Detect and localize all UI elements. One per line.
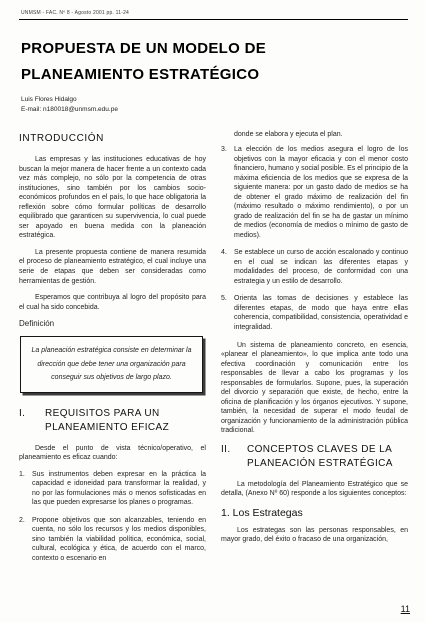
- list-item: 5. Orienta las tomas de decisiones y est…: [221, 294, 408, 332]
- intro-paragraph-2: La presente propuesta contiene de manera…: [19, 248, 206, 286]
- right-column: donde se elabora y ejecuta el plan. 3. L…: [221, 130, 408, 572]
- page-number: 11: [401, 604, 410, 614]
- left-column: INTRODUCCIÓN Las empresas y las instituc…: [19, 130, 206, 572]
- section-2-intro: La metodología del Planeamiento Estratég…: [221, 480, 408, 499]
- subsection-strategists-heading: 1. Los Estrategas: [221, 506, 408, 520]
- list-item-number: 4.: [221, 248, 234, 286]
- list-item-text: Se establece un curso de acción escalona…: [234, 248, 408, 286]
- author-block: Luis Flores Hidalgo E-mail: n180018@unms…: [21, 95, 408, 115]
- list-item-text: Orienta las tomas de decisiones y establ…: [234, 294, 408, 332]
- section-2-title: CONCEPTOS CLAVES DE LA PLANEACIÓN ESTRAT…: [247, 443, 408, 472]
- planning-system-paragraph: Un sistema de planeamiento concreto, en …: [221, 341, 408, 436]
- list-item: 1. Sus instrumentos deben expresar en la…: [19, 470, 206, 508]
- section-1-title: REQUISITOS PARA UN PLANEAMIENTO EFICAZ: [45, 407, 206, 436]
- definition-box: La planeación estratégica consiste en de…: [20, 336, 203, 393]
- list-item-text: Propone objetivos que son alcanzables, t…: [32, 516, 206, 564]
- section-2-number: II.: [221, 443, 247, 472]
- list-item: 3. La elección de los medios asegura el …: [221, 145, 408, 240]
- intro-paragraph-1: Las empresas y las instituciones educati…: [19, 155, 206, 241]
- list-item-text: La elección de los medios asegura el log…: [234, 145, 408, 240]
- list-item-number: 3.: [221, 145, 234, 240]
- introduction-heading: INTRODUCCIÓN: [19, 132, 206, 146]
- author-name: Luis Flores Hidalgo: [21, 95, 408, 105]
- strategists-paragraph: Los estrategas son las personas responsa…: [221, 526, 408, 545]
- title-line-1: PROPUESTA DE UN MODELO DE: [21, 36, 408, 62]
- two-column-body: INTRODUCCIÓN Las empresas y las instituc…: [19, 130, 408, 572]
- list-item-number: 5.: [221, 294, 234, 332]
- journal-reference: UNMSM - FAC. Nº 8 - Agosto 2001 pp. 11-2…: [21, 10, 129, 16]
- list-item-number: 2.: [19, 516, 32, 564]
- document-page: UNMSM - FAC. Nº 8 - Agosto 2001 pp. 11-2…: [0, 0, 425, 623]
- definition-label: Definición: [19, 319, 206, 330]
- list-item: 4. Se establece un curso de acción escal…: [221, 248, 408, 286]
- article-title: PROPUESTA DE UN MODELO DE PLANEAMIENTO E…: [21, 36, 408, 88]
- item-2-continuation: donde se elabora y ejecuta el plan.: [234, 130, 408, 140]
- intro-paragraph-3: Esperamos que contribuya al logro del pr…: [19, 293, 206, 312]
- header-divider: [19, 19, 408, 20]
- title-line-2: PLANEAMIENTO ESTRATÉGICO: [21, 62, 408, 88]
- list-item-text: Sus instrumentos deben expresar en la pr…: [32, 470, 206, 508]
- section-1-number: I.: [19, 407, 45, 436]
- section-2-heading: II. CONCEPTOS CLAVES DE LA PLANEACIÓN ES…: [221, 443, 408, 472]
- author-email: E-mail: n180018@unmsm.edu.pe: [21, 105, 408, 115]
- list-item: 2. Propone objetivos que son alcanzables…: [19, 516, 206, 564]
- section-1-intro: Desde el punto de vista técnico/operativ…: [19, 444, 206, 463]
- section-1-heading: I. REQUISITOS PARA UN PLANEAMIENTO EFICA…: [19, 407, 206, 436]
- running-header: UNMSM - FAC. Nº 8 - Agosto 2001 pp. 11-2…: [19, 10, 408, 16]
- list-item-number: 1.: [19, 470, 32, 508]
